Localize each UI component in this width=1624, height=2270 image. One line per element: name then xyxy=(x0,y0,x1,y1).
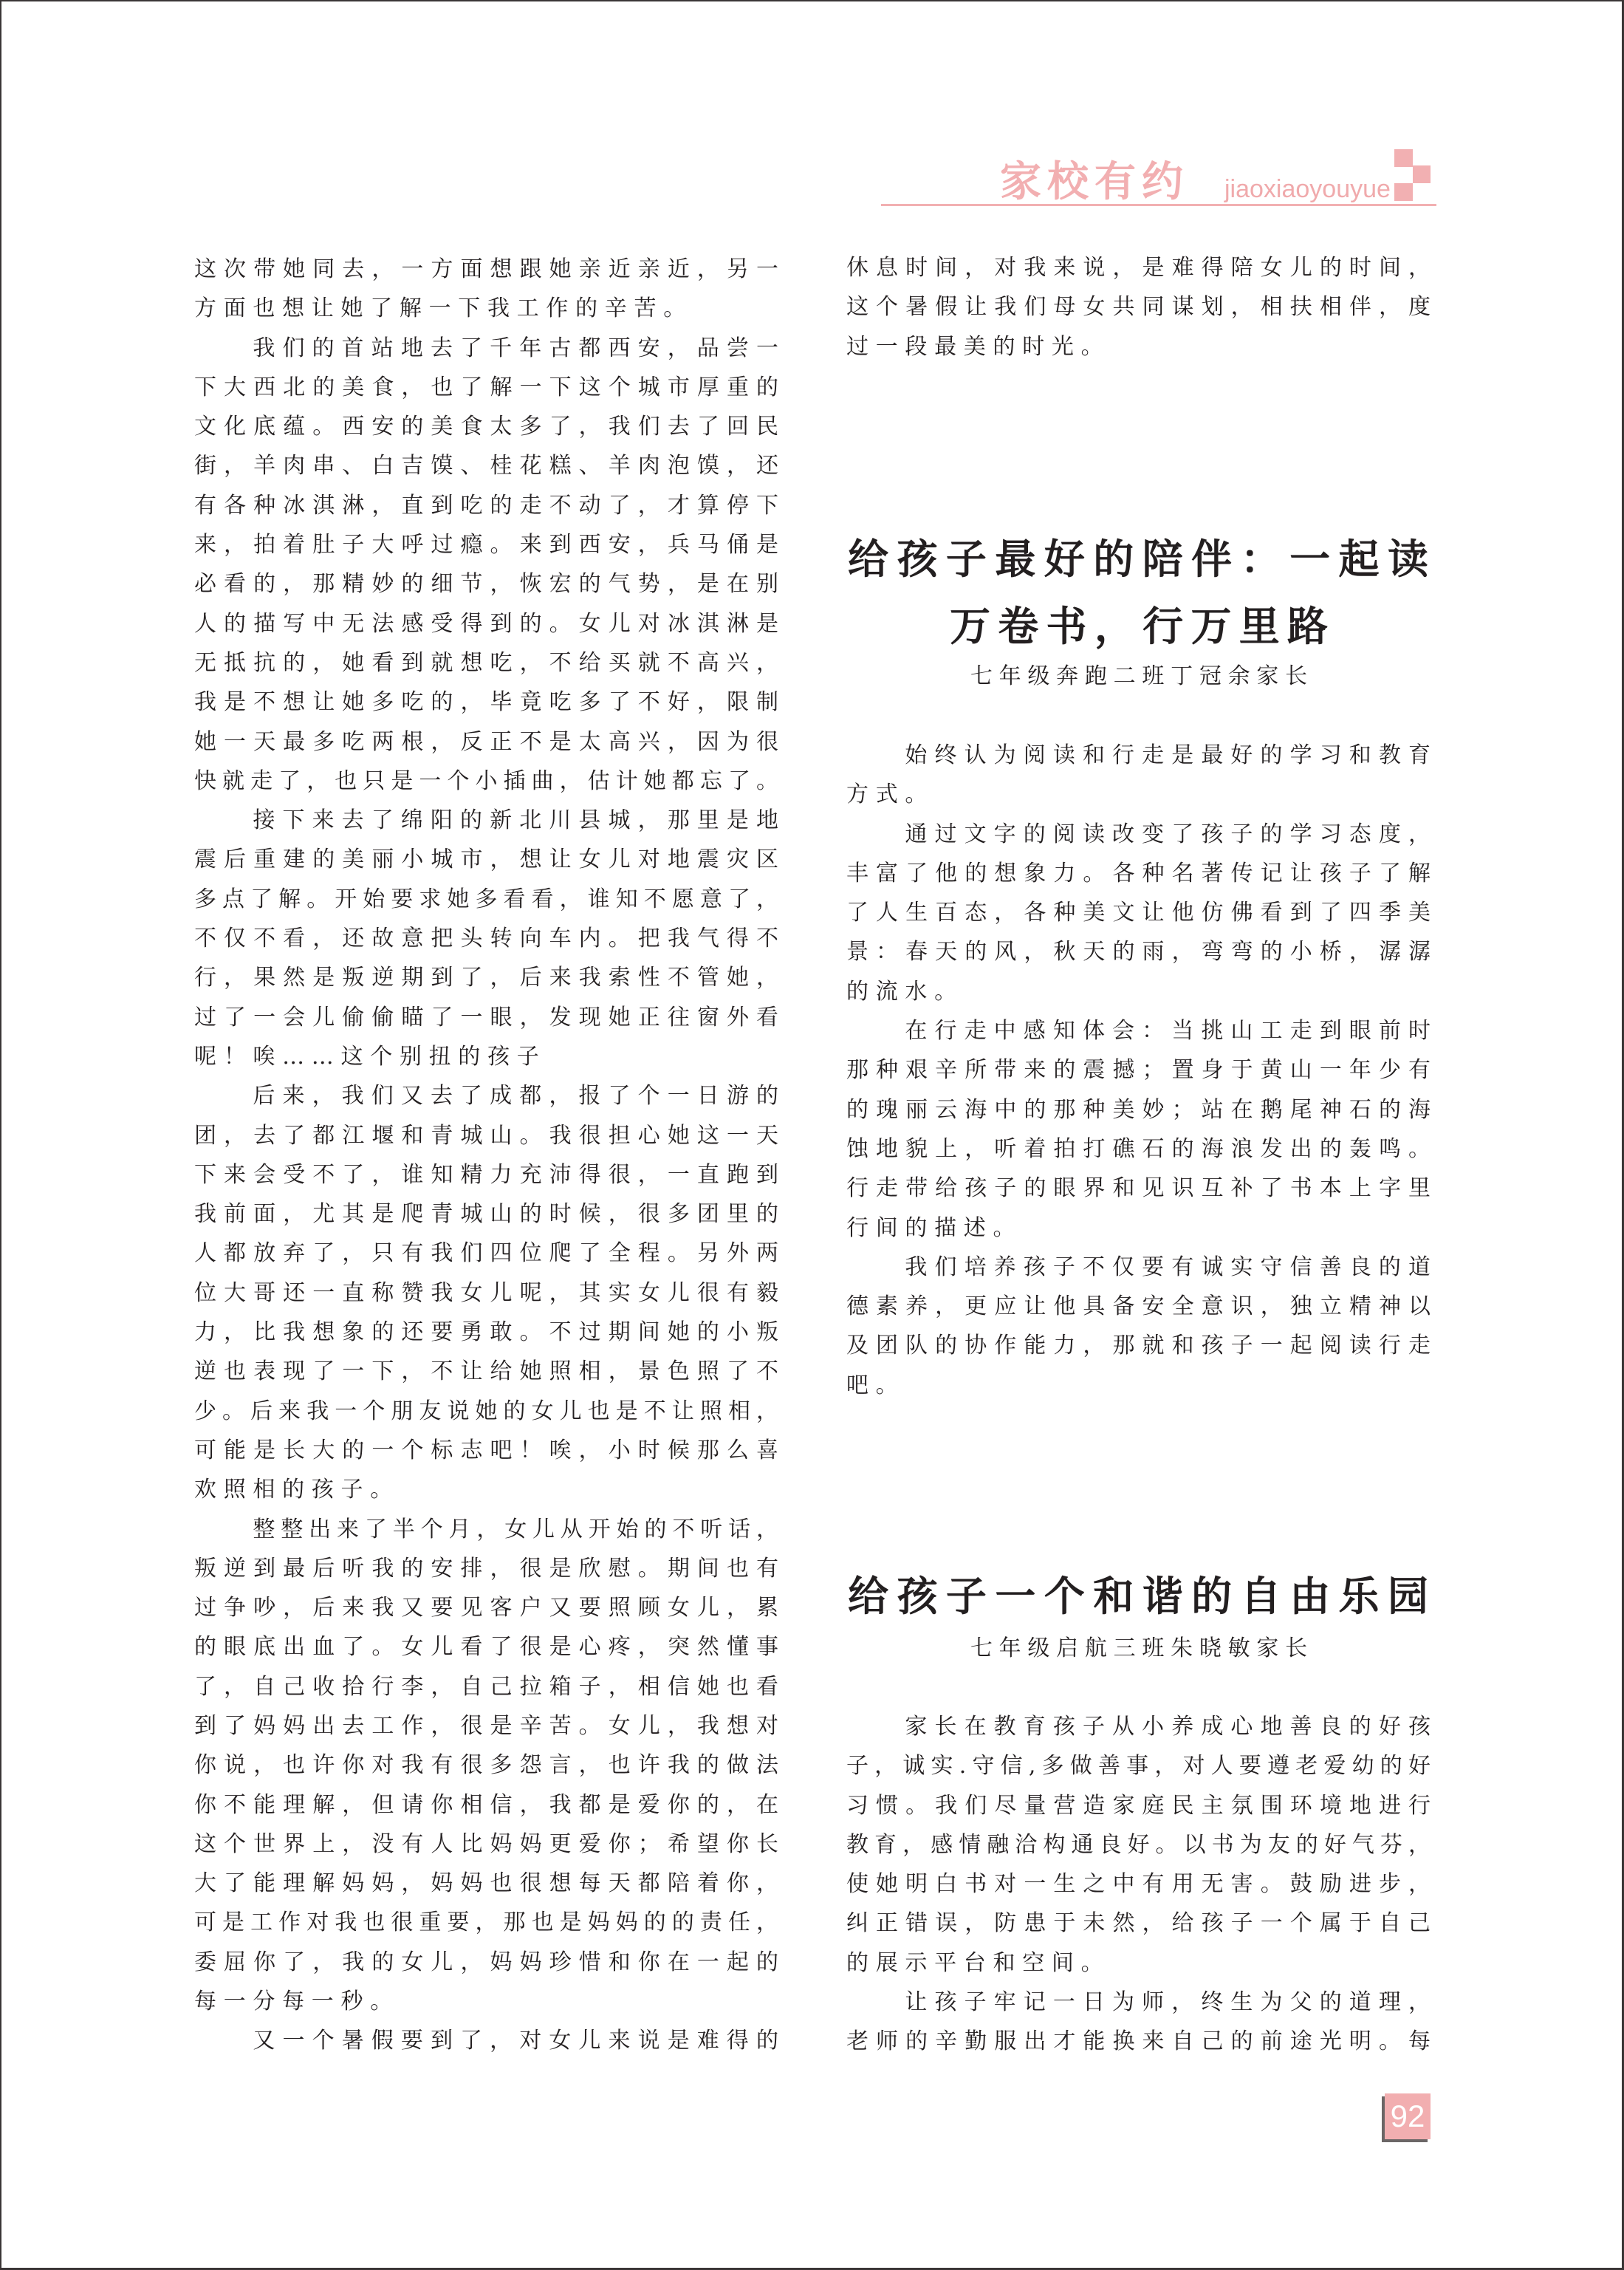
body-line: 可是工作对我也很重要，那也是妈妈的的责任， xyxy=(194,1903,781,1942)
body-line: 德素养，更应让他具备安全意识，独立精神以 xyxy=(846,1287,1433,1326)
body-line: 这个暑假让我们母女共同谋划，相扶相伴，度 xyxy=(846,287,1433,327)
body-line: 使她明白书对一生之中有用无害。鼓励进步， xyxy=(846,1864,1433,1904)
page-number-badge: 92 xyxy=(1385,2093,1431,2139)
body-line: 到了妈妈出去工作，很是辛苦。女儿，我想对 xyxy=(194,1706,781,1746)
body-line: 的瑰丽云海中的那种美妙；站在鹅尾神石的海 xyxy=(846,1090,1433,1129)
body-line: 的流水。 xyxy=(846,972,1433,1011)
body-line: 力，比我想象的还要勇敢。不过期间她的小叛 xyxy=(194,1313,781,1352)
decor-square-icon xyxy=(1413,165,1431,183)
article-byline: 七年级奔跑二班丁冠余家长 xyxy=(848,662,1430,691)
decor-square-icon xyxy=(1394,149,1413,167)
body-line: 文化底蕴。西安的美食太多了，我们去了回民 xyxy=(194,407,781,446)
body-line: 行，果然是叛逆期到了，后来我索性不管她， xyxy=(194,958,781,997)
left-column: 这次带她同去，一方面想跟她亲近亲近，另一 方面也想让她了解一下我工作的辛苦。 我… xyxy=(194,250,781,2061)
decor-square-icon xyxy=(1394,183,1413,201)
body-line: 必看的，那精妙的细节，恢宏的气势，是在别 xyxy=(194,564,781,604)
body-line: 有各种冰淇淋，直到吃的走不动了，才算停下 xyxy=(194,486,781,525)
body-line: 接下来去了绵阳的新北川县城，那里是地 xyxy=(194,801,781,840)
body-line: 过一段最美的时光。 xyxy=(846,327,1433,366)
body-line: 来，拍着肚子大呼过瘾。来到西安，兵马俑是 xyxy=(194,525,781,564)
article-body: 始终认为阅读和行走是最好的学习和教育 方式。 通过文字的阅读改变了孩子的学习态度… xyxy=(846,736,1433,1405)
body-line: 的展示平台和空间。 xyxy=(846,1943,1433,1983)
body-line: 了人生百态，各种美文让他仿佛看到了四季美 xyxy=(846,893,1433,932)
body-line: 方式。 xyxy=(846,775,1433,814)
body-line: 蚀地貌上，听着拍打礁石的海浪发出的轰鸣。 xyxy=(846,1129,1433,1169)
body-line: 呢！唉……这个别扭的孩子 xyxy=(194,1037,781,1076)
body-line: 我们的首站地去了千年古都西安，品尝一 xyxy=(194,329,781,368)
article-title: 万卷书，行万里路 xyxy=(848,602,1430,651)
body-line: 家长在教育孩子从小养成心地善良的好孩 xyxy=(846,1707,1433,1746)
body-line: 让孩子牢记一日为师，终生为父的道理， xyxy=(846,1983,1433,2022)
body-line: 习惯。我们尽量营造家庭民主氛围环境地进行 xyxy=(846,1786,1433,1825)
body-line: 街，羊肉串、白吉馍、桂花糕、羊肉泡馍，还 xyxy=(194,446,781,485)
body-line: 整整出来了半个月，女儿从开始的不听话， xyxy=(194,1510,781,1549)
body-line: 逆也表现了一下，不让给她照相，景色照了不 xyxy=(194,1352,781,1391)
body-line: 的眼底出血了。女儿看了很是心疼，突然懂事 xyxy=(194,1627,781,1666)
section-pinyin: jiaoxiaoyouyue xyxy=(1224,177,1391,202)
body-line: 在行走中感知体会：当挑山工走到眼前时 xyxy=(846,1011,1433,1050)
body-line: 不仅不看，还故意把头转向车内。把我气得不 xyxy=(194,919,781,958)
body-line: 欢照相的孩子。 xyxy=(194,1470,781,1509)
body-line: 又一个暑假要到了，对女儿来说是难得的 xyxy=(194,2021,781,2060)
body-line: 方面也想让她了解一下我工作的辛苦。 xyxy=(194,289,781,328)
body-line: 每一分每一秒。 xyxy=(194,1982,781,2021)
body-line: 多点了解。开始要求她多看看，谁知不愿意了， xyxy=(194,880,781,919)
body-line: 可能是长大的一个标志吧！唉，小时候那么喜 xyxy=(194,1431,781,1470)
body-line: 我们培养孩子不仅要有诚实守信善良的道 xyxy=(846,1248,1433,1287)
body-line: 位大哥还一直称赞我女儿呢，其实女儿很有毅 xyxy=(194,1274,781,1313)
right-column-continuation: 休息时间，对我来说，是难得陪女儿的时间， 这个暑假让我们母女共同谋划，相扶相伴，… xyxy=(846,248,1433,366)
body-line: 及团队的协作能力，那就和孩子一起阅读行走 xyxy=(846,1326,1433,1365)
body-line: 我前面，尤其是爬青城山的时候，很多团里的 xyxy=(194,1194,781,1234)
body-line: 后来，我们又去了成都，报了个一日游的 xyxy=(194,1076,781,1115)
body-line: 震后重建的美丽小城市，想让女儿对地震灾区 xyxy=(194,840,781,879)
article-body: 家长在教育孩子从小养成心地善良的好孩 子，诚实.守信,多做善事，对人要遵老爱幼的… xyxy=(846,1707,1433,2062)
body-line: 大了能理解妈妈，妈妈也很想每天都陪着你， xyxy=(194,1864,781,1903)
body-line: 行走带给孩子的眼界和见识互补了书本上字里 xyxy=(846,1169,1433,1208)
body-line: 丰富了他的想象力。各种名著传记让孩子了解 xyxy=(846,854,1433,893)
body-line: 了，自己收拾行李，自己拉箱子，相信她也看 xyxy=(194,1667,781,1706)
article-title: 给孩子一个和谐的自由乐园 xyxy=(848,1572,1430,1621)
body-line: 子，诚实.守信,多做善事，对人要遵老爱幼的好 xyxy=(846,1746,1433,1785)
body-line: 那种艰辛所带来的震撼；置身于黄山一年少有 xyxy=(846,1050,1433,1090)
body-line: 行间的描述。 xyxy=(846,1208,1433,1248)
article-title: 给孩子最好的陪伴：一起读 xyxy=(848,535,1430,584)
body-line: 叛逆到最后听我的安排，很是欣慰。期间也有 xyxy=(194,1549,781,1588)
article-byline: 七年级启航三班朱晓敏家长 xyxy=(848,1634,1430,1664)
body-line: 老师的辛勤服出才能换来自己的前途光明。每 xyxy=(846,2022,1433,2061)
body-line: 她一天最多吃两根，反正不是太高兴，因为很 xyxy=(194,722,781,762)
body-line: 吧。 xyxy=(846,1366,1433,1405)
body-line: 过争吵，后来我又要见客户又要照顾女儿，累 xyxy=(194,1588,781,1627)
body-line: 教育，感情融洽构通良好。以书为友的好气芬， xyxy=(846,1825,1433,1864)
body-line: 你说，也许你对我有很多怨言，也许我的做法 xyxy=(194,1746,781,1785)
body-line: 快就走了，也只是一个小插曲，估计她都忘了。 xyxy=(194,762,781,801)
body-line: 无抵抗的，她看到就想吃，不给买就不高兴， xyxy=(194,643,781,683)
body-line: 人都放弃了，只有我们四位爬了全程。另外两 xyxy=(194,1234,781,1273)
body-line: 景：春天的风，秋天的雨，弯弯的小桥，潺潺 xyxy=(846,932,1433,971)
header-rule xyxy=(881,204,1436,206)
body-line: 这次带她同去，一方面想跟她亲近亲近，另一 xyxy=(194,250,781,289)
body-line: 下来会受不了，谁知精力充沛得很，一直跑到 xyxy=(194,1155,781,1194)
body-line: 委屈你了，我的女儿，妈妈珍惜和你在一起的 xyxy=(194,1943,781,1982)
body-line: 纠正错误，防患于未然，给孩子一个属于自己 xyxy=(846,1904,1433,1943)
body-line: 下大西北的美食，也了解一下这个城市厚重的 xyxy=(194,368,781,407)
section-title: 家校有约 xyxy=(1000,162,1189,203)
body-line: 通过文字的阅读改变了孩子的学习态度， xyxy=(846,815,1433,854)
body-line: 你不能理解，但请你相信，我都是爱你的，在 xyxy=(194,1785,781,1825)
body-line: 我是不想让她多吃的，毕竟吃多了不好，限制 xyxy=(194,683,781,722)
body-line: 始终认为阅读和行走是最好的学习和教育 xyxy=(846,736,1433,775)
body-line: 过了一会儿偷偷瞄了一眼，发现她正往窗外看 xyxy=(194,998,781,1037)
page-number: 92 xyxy=(1391,2099,1425,2133)
body-line: 团，去了都江堰和青城山。我很担心她这一天 xyxy=(194,1116,781,1155)
body-line: 这个世界上，没有人比妈妈更爱你；希望你长 xyxy=(194,1825,781,1864)
body-line: 人的描写中无法感受得到的。女儿对冰淇淋是 xyxy=(194,604,781,643)
magazine-page: 家校有约 jiaoxiaoyouyue 这次带她同去，一方面想跟她亲近亲近，另一… xyxy=(0,0,1624,2270)
body-line: 少。后来我一个朋友说她的女儿也是不让照相， xyxy=(194,1392,781,1431)
body-line: 休息时间，对我来说，是难得陪女儿的时间， xyxy=(846,248,1433,287)
